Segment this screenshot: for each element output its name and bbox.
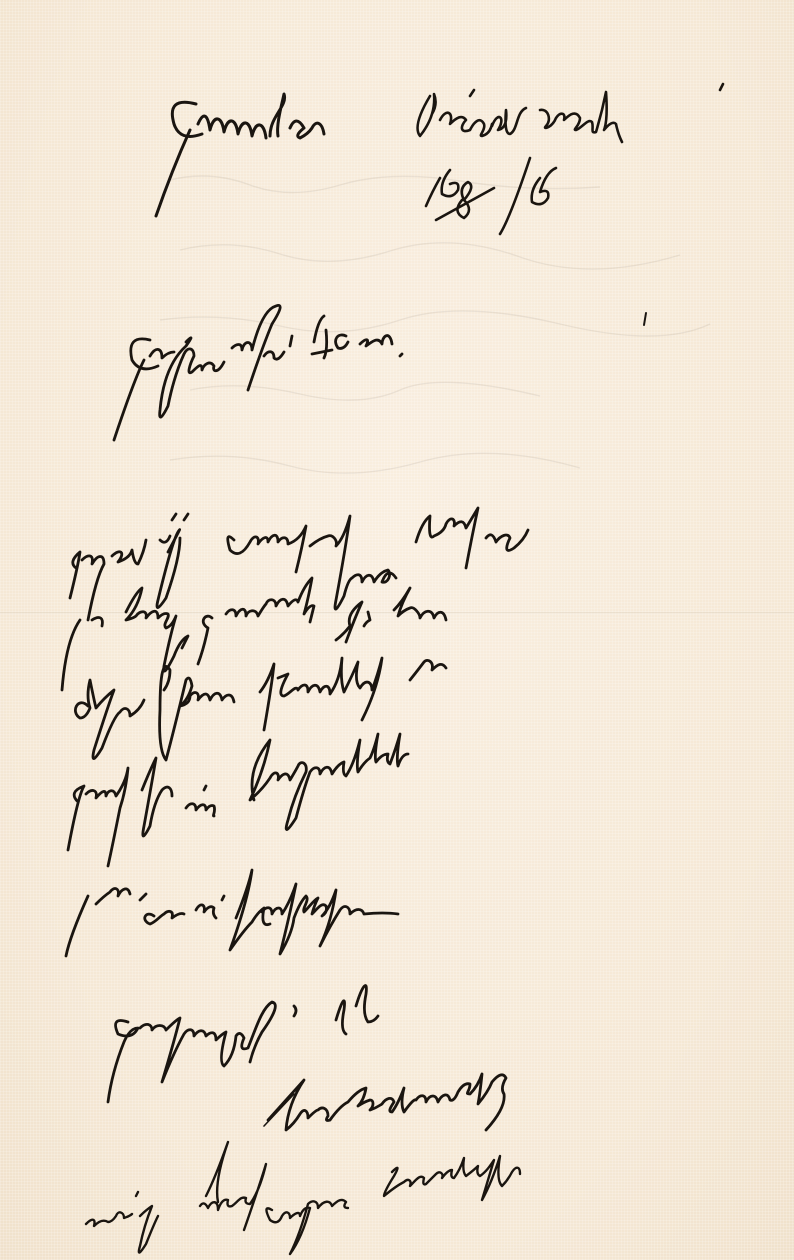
body-line-5: kann ich nicht entsprechen [80,860,702,911]
region-name: Oberösterreich [430,90,761,139]
body-line-1: Was ich dankschuldigst besitze [90,510,794,561]
body-line-3: dieser Ihren freundlichen [80,680,663,731]
closing-text: Hochachtungsvoll [110,1010,520,1061]
body-line-4: Wünsche im Augenblicke [70,790,643,841]
date-day-month: 16/8 [430,160,522,206]
body-line-2: ich längst gedankt, denn [80,600,644,651]
salutation: Hochgeehrter Herr. [110,340,601,396]
place-name: Gmunden [150,92,438,160]
date-year: 96 [530,160,582,206]
signature: Carl Goldmark [270,1090,635,1146]
